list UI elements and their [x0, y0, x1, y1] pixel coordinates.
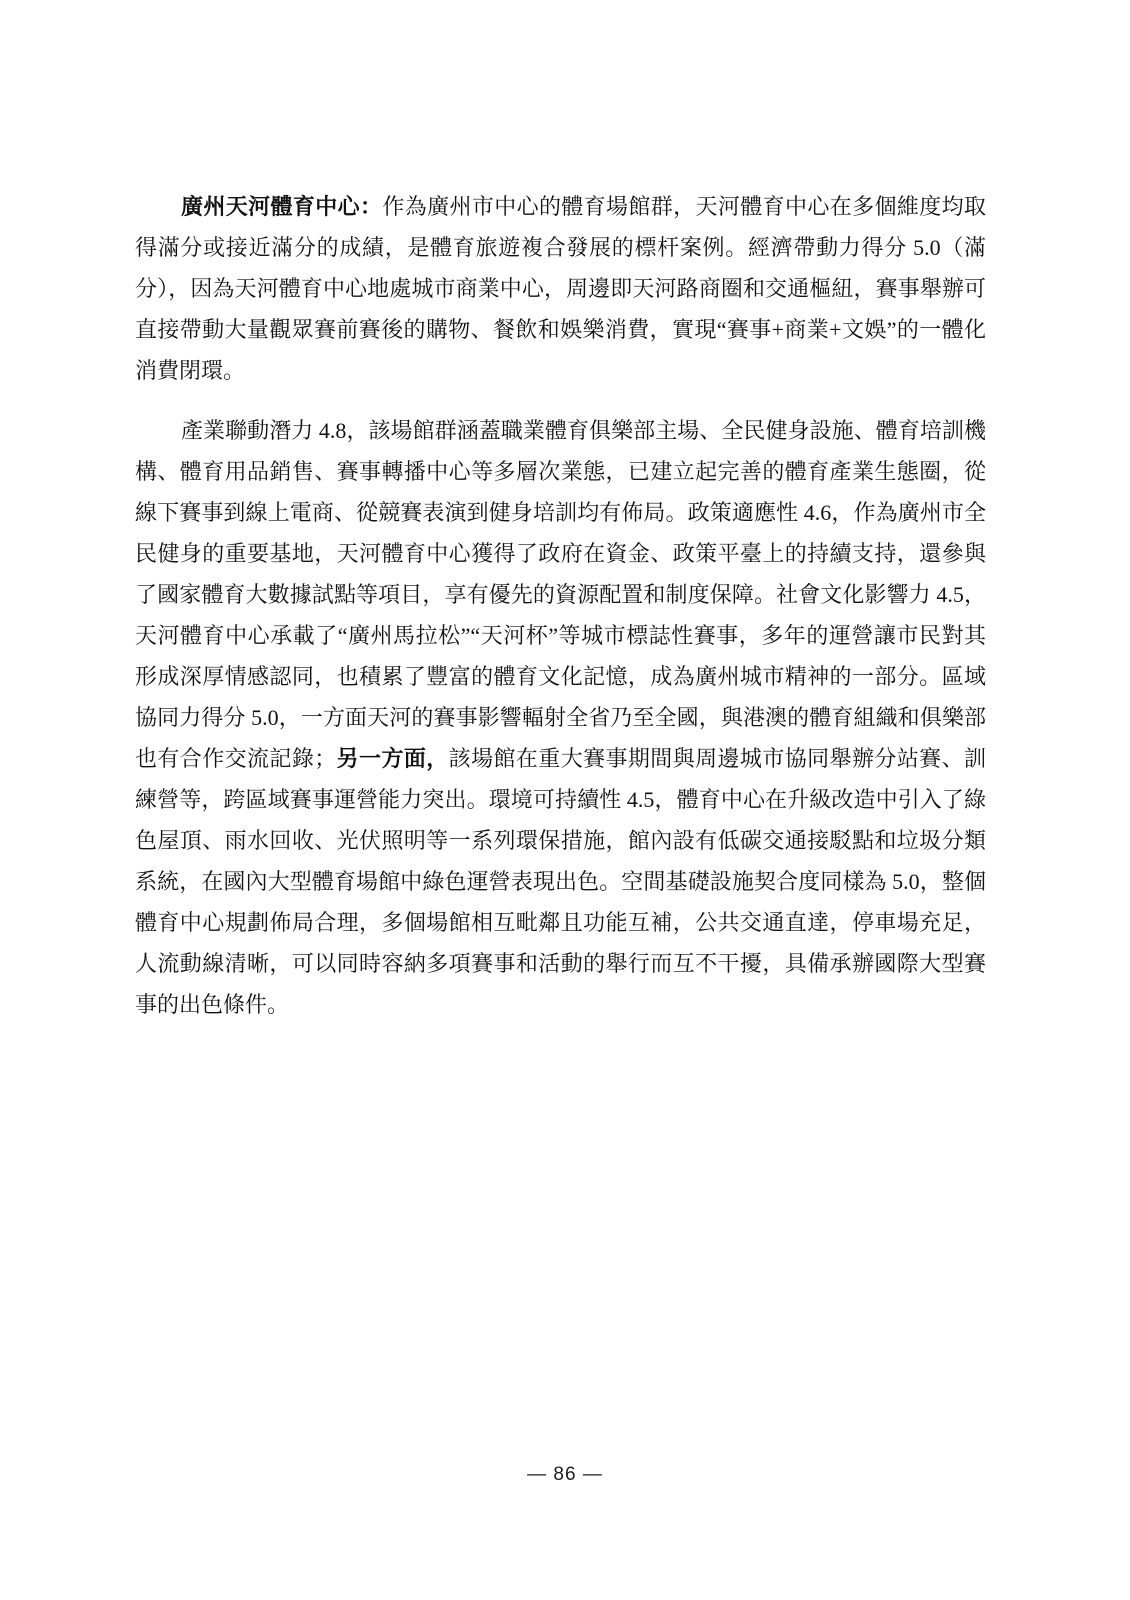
page-number: — 86 —	[0, 1464, 1130, 1486]
paragraph-overview: 廣州天河體育中心：作為廣州市中心的體育場館群，天河體育中心在多個維度均取得滿分或…	[135, 186, 986, 391]
paragraph-overview-lead-bold: 廣州天河體育中心：	[181, 194, 382, 219]
paragraph-dimension-scores-bold: 另一方面，	[336, 746, 448, 771]
paragraph-dimension-scores: 產業聯動潛力 4.8，該場館群涵蓋職業體育俱樂部主場、全民健身設施、體育培訓機構…	[135, 410, 986, 1025]
document-content: 廣州天河體育中心：作為廣州市中心的體育場館群，天河體育中心在多個維度均取得滿分或…	[135, 186, 986, 1044]
paragraph-dimension-scores-text-b: 該場館在重大賽事期間與周邊城市協同舉辦分站賽、訓練營等，跨區域賽事運營能力突出。…	[135, 746, 986, 1017]
document-page: 廣州天河體育中心：作為廣州市中心的體育場館群，天河體育中心在多個維度均取得滿分或…	[0, 0, 1130, 1600]
paragraph-overview-text: 作為廣州市中心的體育場館群，天河體育中心在多個維度均取得滿分或接近滿分的成績，是…	[135, 194, 986, 383]
paragraph-dimension-scores-text-a: 產業聯動潛力 4.8，該場館群涵蓋職業體育俱樂部主場、全民健身設施、體育培訓機構…	[135, 418, 986, 771]
